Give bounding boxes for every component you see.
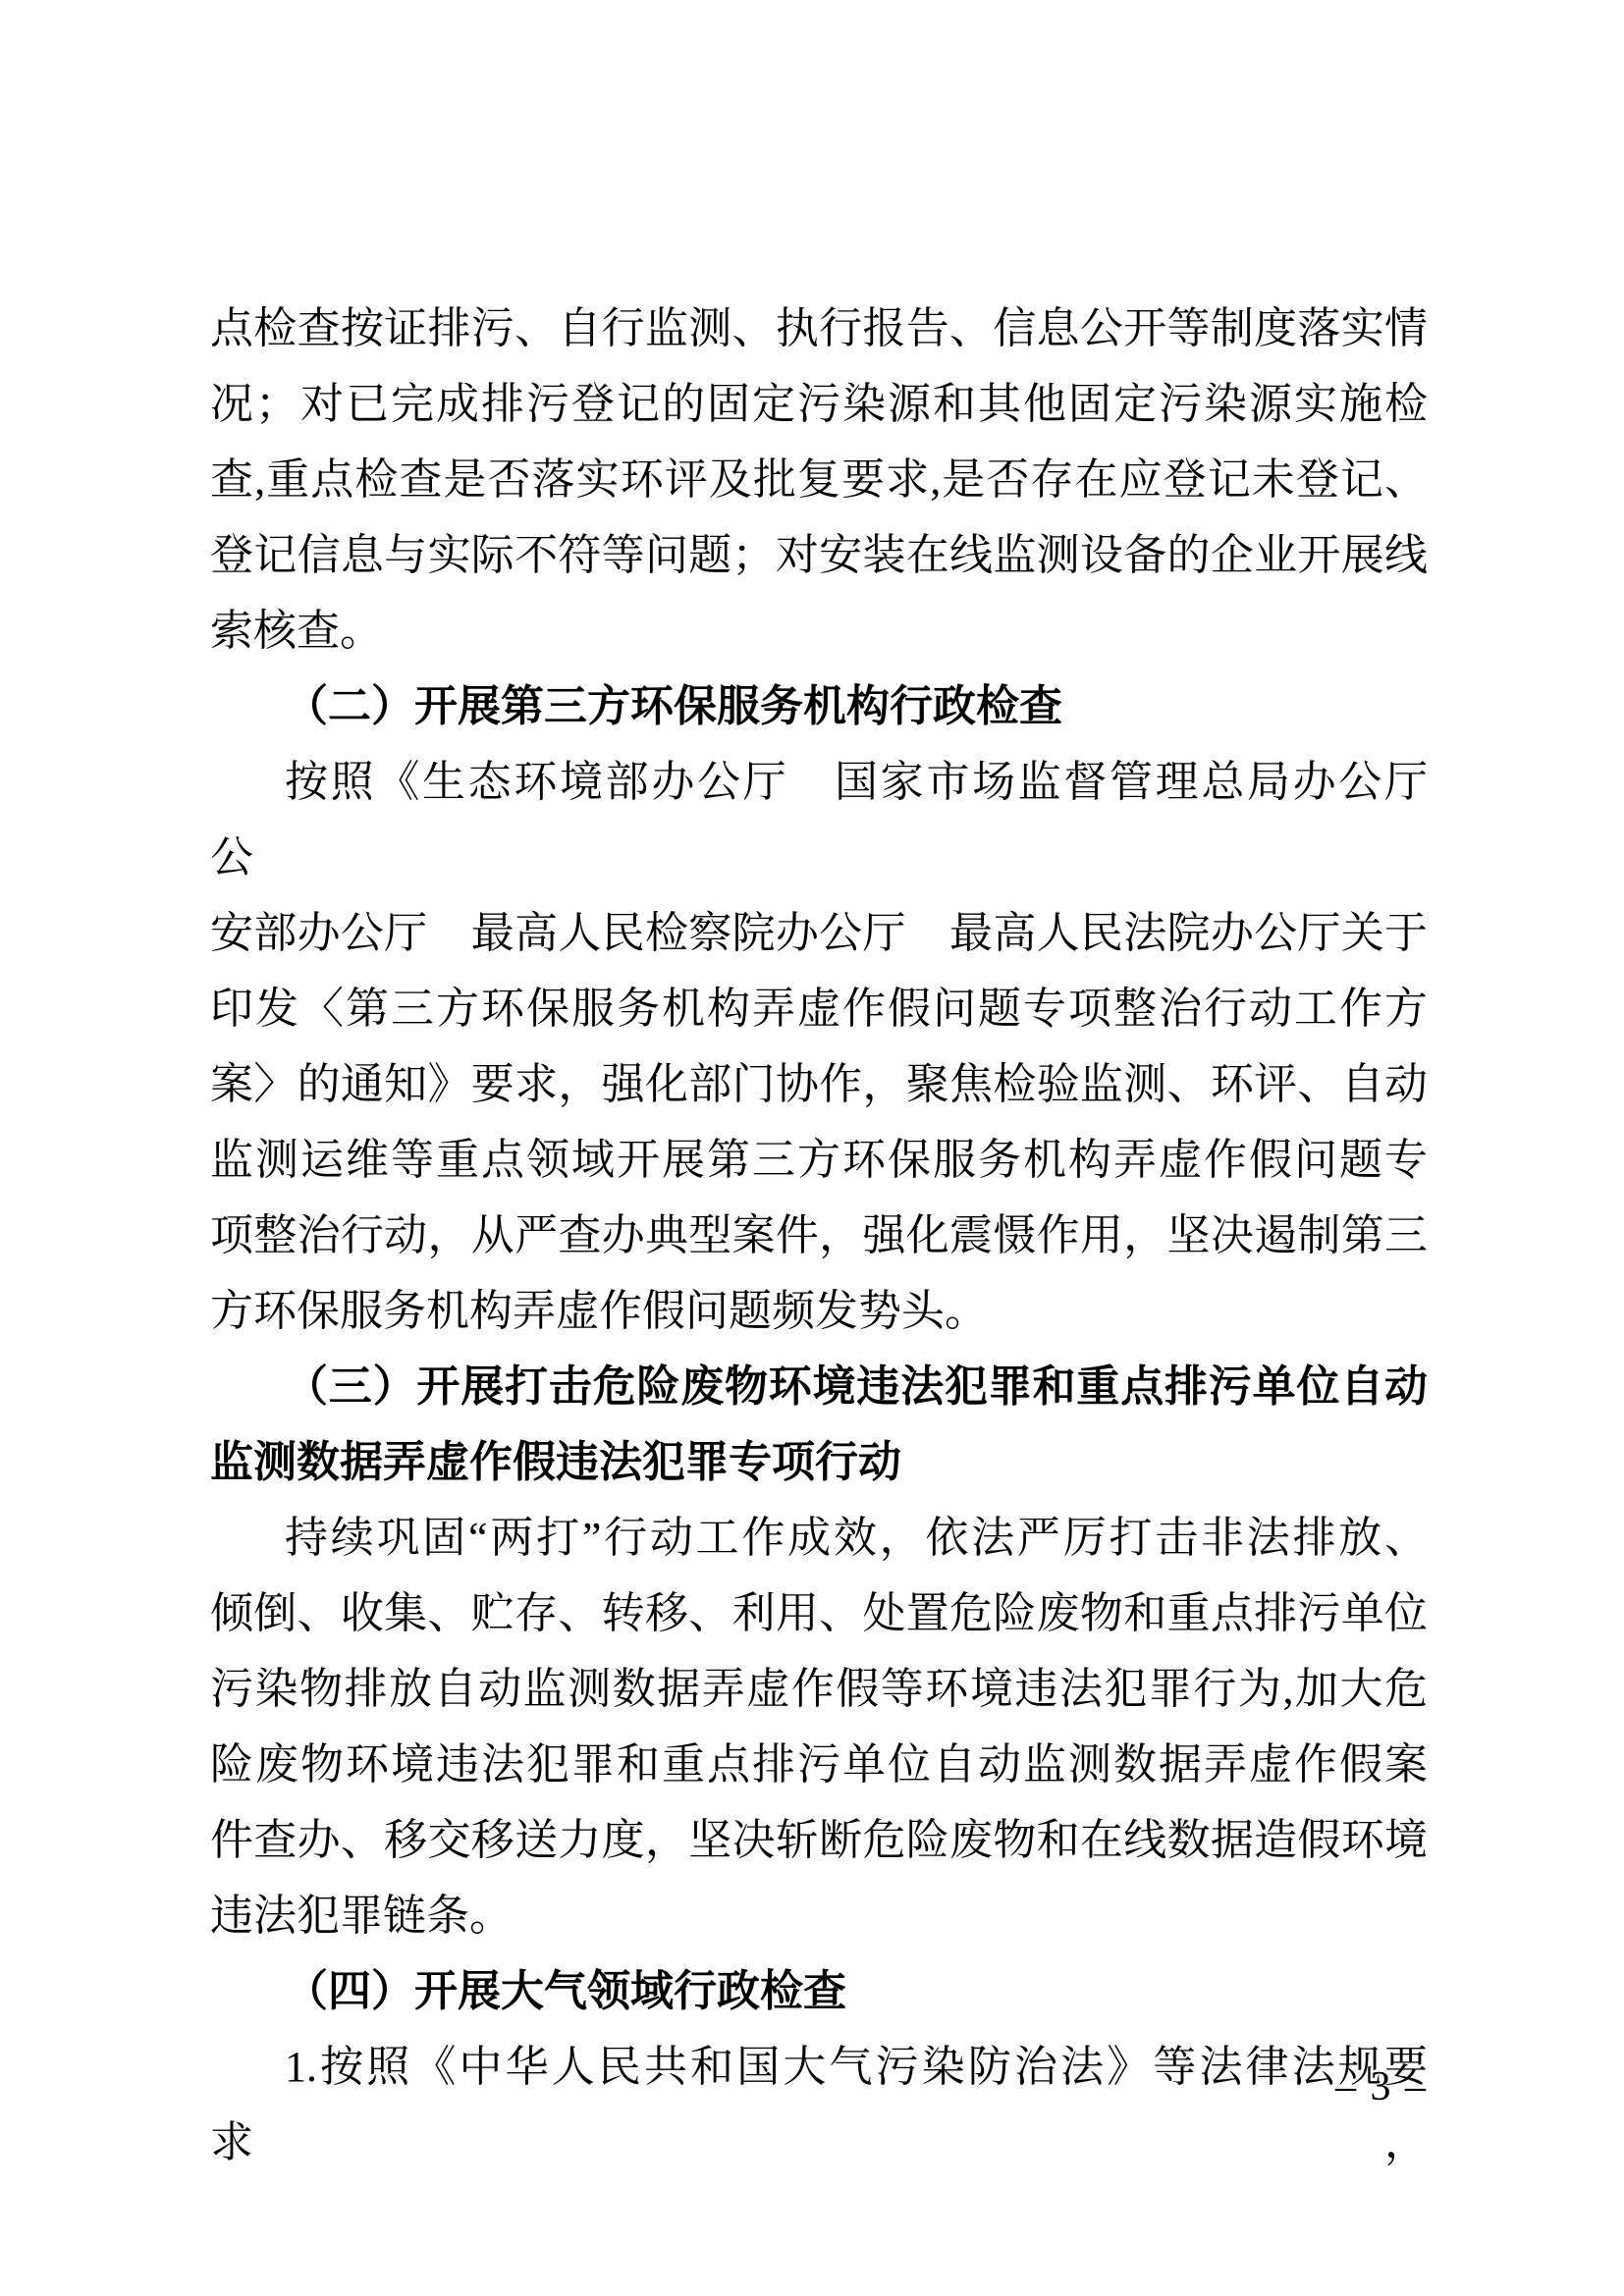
text-line: 项整治行动，从严查办典型案件，强化震慑作用，坚决遏制第三	[210, 1198, 1428, 1273]
text-line: 污染物排放自动监测数据弄虚作假等环境违法犯罪行为,加大危	[210, 1651, 1428, 1727]
page-number: – 3 –	[210, 2064, 1428, 2109]
text-line: 监测运维等重点领域开展第三方环保服务机构弄虚作假问题专	[210, 1122, 1428, 1198]
document-body: 点检查按证排污、自行监测、执行报告、信息公开等制度落实情况；对已完成排污登记的固…	[210, 291, 1428, 2180]
text-line: （二）开展第三方环保服务机构行政检查	[210, 668, 1428, 744]
text-line: 违法犯罪链条。	[210, 1878, 1428, 1953]
text-line: 倾倒、收集、贮存、转移、利用、处置危险废物和重点排污单位	[210, 1575, 1428, 1651]
text-line: 按照《生态环境部办公厅 国家市场监督管理总局办公厅 公	[210, 744, 1428, 895]
text-line: （三）开展打击危险废物环境违法犯罪和重点排污单位自动	[210, 1349, 1428, 1424]
text-line: 登记信息与实际不符等问题；对安装在线监测设备的企业开展线	[210, 517, 1428, 593]
text-line: 况；对已完成排污登记的固定污染源和其他固定污染源实施检	[210, 366, 1428, 442]
text-line: 索核查。	[210, 593, 1428, 668]
text-line: （四）开展大气领域行政检查	[210, 1953, 1428, 2029]
text-line: 印发〈第三方环保服务机构弄虚作假问题专项整治行动工作方	[210, 971, 1428, 1046]
text-line: 点检查按证排污、自行监测、执行报告、信息公开等制度落实情	[210, 291, 1428, 366]
text-line: 查,重点检查是否落实环评及批复要求,是否存在应登记未登记、	[210, 442, 1428, 517]
document-page: 点检查按证排污、自行监测、执行报告、信息公开等制度落实情况；对已完成排污登记的固…	[0, 0, 1624, 2296]
text-line: 案〉的通知》要求，强化部门协作，聚焦检验监测、环评、自动	[210, 1046, 1428, 1122]
text-line: 监测数据弄虚作假违法犯罪专项行动	[210, 1424, 1428, 1500]
text-line: 险废物环境违法犯罪和重点排污单位自动监测数据弄虚作假案	[210, 1727, 1428, 1802]
text-line: 件查办、移交移送力度，坚决斩断危险废物和在线数据造假环境	[210, 1802, 1428, 1878]
text-line: 持续巩固“两打”行动工作成效，依法严厉打击非法排放、	[210, 1500, 1428, 1575]
text-line: 方环保服务机构弄虚作假问题频发势头。	[210, 1273, 1428, 1349]
text-line: 安部办公厅 最高人民检察院办公厅 最高人民法院办公厅关于	[210, 895, 1428, 971]
